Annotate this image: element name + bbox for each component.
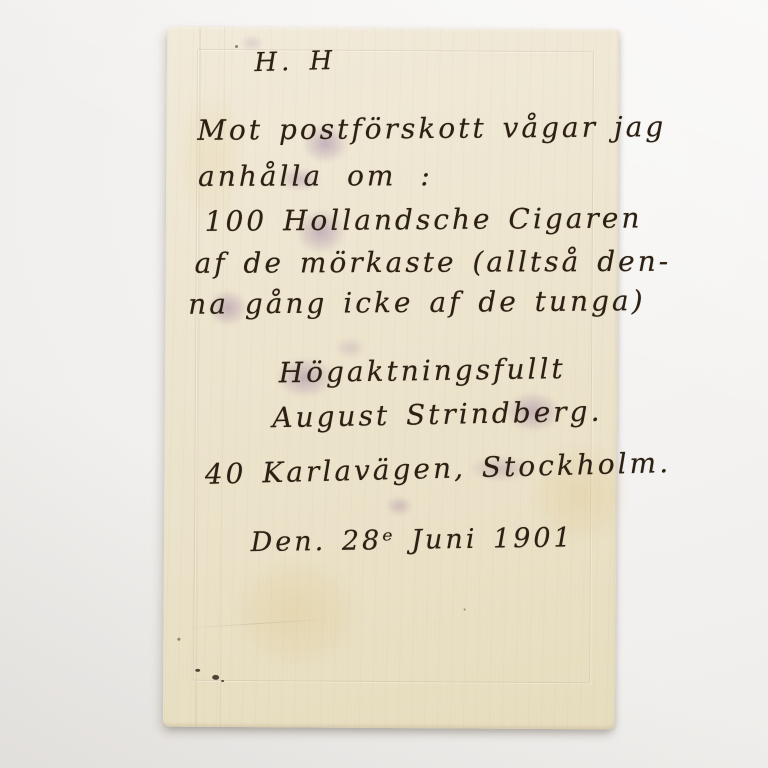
body-line-2: anhålla om : — [198, 160, 433, 193]
body-line-3: 100 Hollandsche Cigaren — [205, 202, 643, 238]
ink-speck — [212, 675, 219, 680]
ink-speck — [195, 669, 200, 672]
closing-line: Högaktningsfullt — [278, 353, 565, 389]
body-line-5: na gång icke af de tunga) — [188, 285, 646, 321]
ink-speck — [221, 680, 224, 682]
ink-speck — [235, 45, 238, 48]
body-line-4: af de mörkaste (alltså den- — [194, 246, 671, 280]
signature-line: August Strindberg. — [272, 396, 603, 435]
date-line: Den. 28ᵉ Juni 1901 — [250, 522, 574, 558]
letter-card: H. H Mot postförskott vågar jag anhålla … — [163, 27, 619, 730]
ink-speck — [464, 608, 466, 610]
salutation-line: H. H — [254, 47, 337, 79]
body-line-1: Mot postförskott vågar jag — [197, 111, 666, 147]
photo-background: H. H Mot postförskott vågar jag anhålla … — [0, 0, 768, 768]
ink-speck — [177, 638, 180, 641]
